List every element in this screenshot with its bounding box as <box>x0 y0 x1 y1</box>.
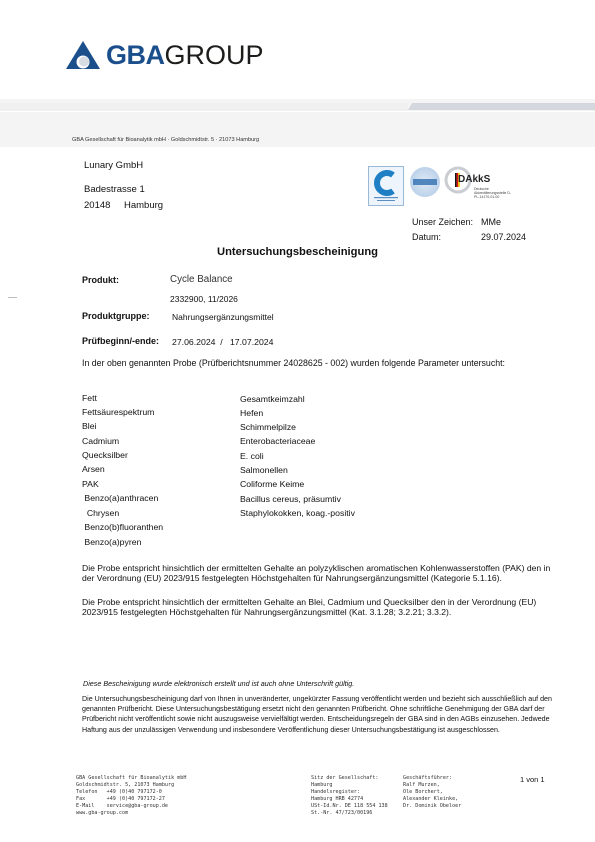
header-band-light <box>0 103 408 111</box>
date-value: 29.07.2024 <box>481 232 526 242</box>
test-period-label: Prüfbeginn/-ende: <box>82 336 159 346</box>
parameter-item: Arsen <box>82 464 105 474</box>
test-period-value: 27.06.2024 / 17.07.2024 <box>172 337 273 347</box>
disclaimer-text: Die Untersuchungsbescheinigung darf von … <box>82 694 552 735</box>
parameter-item: E. coli <box>240 451 264 461</box>
footer-management-info: Geschäftsführer: Ralf Murzen, Ole Borche… <box>403 775 461 810</box>
recipient-city: Hamburg <box>124 200 163 211</box>
header-band-divider <box>0 111 595 112</box>
recipient-company: Lunary GmbH <box>84 160 143 171</box>
parameter-item: Chrysen <box>82 508 119 518</box>
electronic-notice: Diese Bescheinigung wurde elektronisch e… <box>83 679 354 688</box>
parameter-item: Gesamtkeimzahl <box>240 394 305 404</box>
footer-company-info: GBA Gesellschaft für Bioanalytik mbH Gol… <box>76 775 186 818</box>
parameter-item: Cadmium <box>82 436 119 446</box>
parameter-item: Schimmelpilze <box>240 422 296 432</box>
parameter-item: Salmonellen <box>240 465 288 475</box>
ilac-mra-icon <box>410 167 440 197</box>
logo-text-gba: GBA <box>106 40 165 70</box>
page-number: 1 von 1 <box>520 775 545 784</box>
parameter-item: Fettsäurespektrum <box>82 407 154 417</box>
header-band-stripe <box>408 103 595 110</box>
dakks-subtitle: Deutsche Akkreditierungsstelle D-PL-1417… <box>474 187 514 200</box>
parameter-item: Coliforme Keime <box>240 479 304 489</box>
product-group-value: Nahrungsergänzungsmittel <box>172 312 274 322</box>
gba-triangle-icon <box>66 41 100 69</box>
parameter-item: Benzo(a)pyren <box>82 537 141 547</box>
sender-address-line: GBA Gesellschaft für Bioanalytik mbH · G… <box>72 137 259 143</box>
product-label: Produkt: <box>82 275 119 285</box>
parameter-item: Fett <box>82 393 97 403</box>
parameter-item: Enterobacteriaceae <box>240 436 315 446</box>
recipient-zip: 20148 <box>84 200 110 211</box>
product-value: Cycle Balance <box>170 274 233 285</box>
margin-mark <box>8 297 17 298</box>
gba-group-logo: GBAGROUP <box>66 40 264 70</box>
parameter-item: Benzo(b)fluoranthen <box>82 522 163 532</box>
product-batch: 2332900, 11/2026 <box>170 294 238 304</box>
reference-value: MMe <box>481 217 501 227</box>
footer-registration-info: Sitz der Gesellschaft: Hamburg Handelsre… <box>311 775 388 818</box>
parameter-item: Bacillus cereus, präsumtiv <box>240 494 341 504</box>
date-label: Datum: <box>412 232 441 242</box>
parameter-item: Benzo(a)anthracen <box>82 493 158 503</box>
parameter-item: Blei <box>82 421 97 431</box>
recipient-street: Badestrasse 1 <box>84 184 145 195</box>
parameter-item: Hefen <box>240 408 263 418</box>
parameter-item: Staphylokokken, koag.-positiv <box>240 508 355 518</box>
product-group-label: Produktgruppe: <box>82 311 150 321</box>
reference-label: Unser Zeichen: <box>412 217 473 227</box>
parameter-item: PAK <box>82 479 99 489</box>
logo-text-group: GROUP <box>165 40 264 70</box>
conclusion-heavy-metals: Die Probe entspricht hinsichtlich der er… <box>82 597 552 618</box>
intro-text: In der oben genannten Probe (Prüfbericht… <box>82 358 505 368</box>
qs-icon <box>368 166 404 206</box>
parameter-item: Quecksilber <box>82 450 128 460</box>
conclusion-pak: Die Probe entspricht hinsichtlich der er… <box>82 563 552 584</box>
dakks-label: DAkkS <box>458 174 490 185</box>
page-title: Untersuchungsbescheinigung <box>0 246 595 258</box>
